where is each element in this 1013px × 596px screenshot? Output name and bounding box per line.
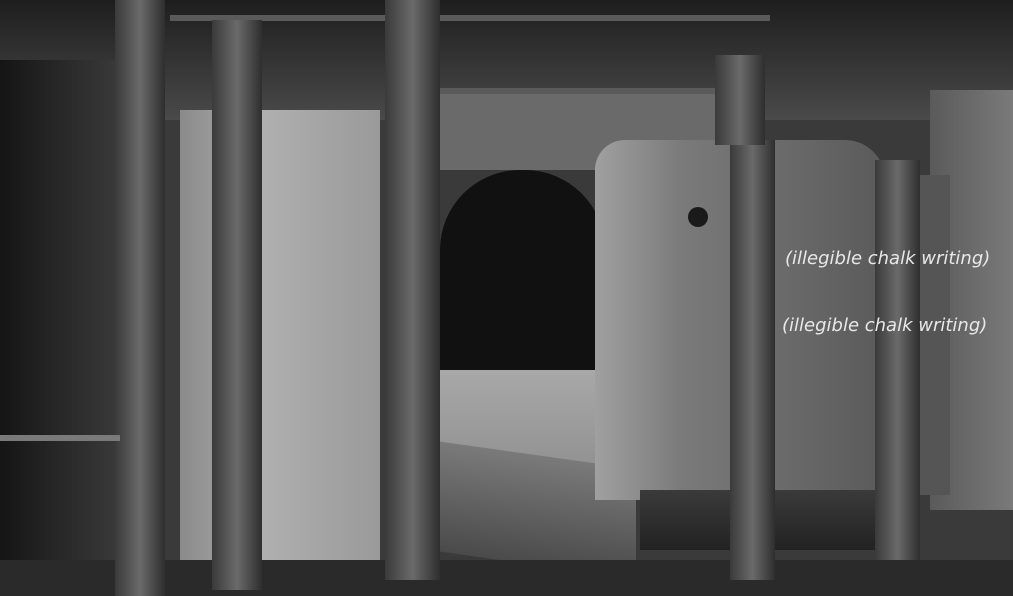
furnace-chamber-opening [440, 170, 605, 390]
steel-post [212, 20, 262, 590]
chalk-mark: (illegible chalk writing) [782, 315, 987, 336]
overhead-beam [440, 88, 720, 94]
steel-post [730, 140, 775, 580]
furnace-photo: (illegible chalk writing) (illegible cha… [0, 0, 1013, 596]
steel-post [875, 160, 920, 560]
block-hole [688, 207, 708, 227]
steel-post [385, 0, 440, 580]
left-shadow-area [0, 60, 120, 596]
steel-post [115, 0, 165, 596]
chalk-mark: (illegible chalk writing) [785, 248, 990, 269]
steel-post [715, 55, 765, 145]
left-furnace-door [180, 110, 380, 580]
handrail [0, 435, 120, 441]
